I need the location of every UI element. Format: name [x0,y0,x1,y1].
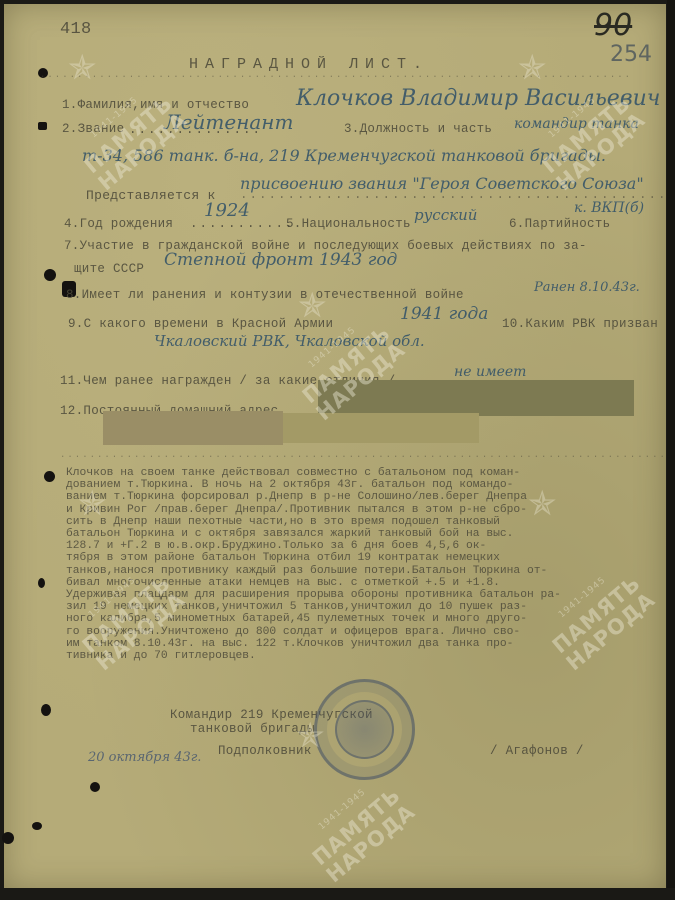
citation-line: го вооружения.Уничтожено до 800 солдат и… [66,626,666,638]
watermark-star-icon: ✯ [528,484,557,524]
award-sheet: 418 90 254 НАГРАДНОЙ ЛИСТ. .............… [4,4,666,889]
archive-number: 418 [60,20,92,39]
redaction-block [283,413,479,443]
signature-date: 20 октября 43г. [88,750,201,765]
citation-line: 128.7 и +Г.2 в ю.в.окр.Бруджино.Только з… [66,540,666,552]
seal-emblem [335,700,394,759]
watermark: 1941-1945 ПАМЯТЬ НАРОДА [294,767,419,887]
watermark-star-icon: ✯ [298,286,327,326]
official-seal [314,679,415,780]
field-value-birth-year: 1924 [204,200,250,221]
punch-hole [38,578,45,588]
watermark-star-icon: ✯ [518,48,547,88]
punch-hole [32,822,42,830]
watermark-star-icon: ✯ [68,48,97,88]
citation-line: ванием т.Тюркина форсировал р.Днепр в р-… [66,491,666,503]
field-label-party: 6.Партийность [509,217,610,231]
punch-hole [44,269,56,281]
field-value-name: Клочков Владимир Васильевич [296,86,660,111]
field-value-rank: Лейтенант [164,110,293,134]
field-label-combat-participation-cont: щите СССР [74,262,144,276]
citation-line: тября в этом районе батальон Тюркина отб… [66,552,666,564]
field-value-draft-office: Чкаловский РВК, Чкаловской обл. [154,332,425,350]
citation-line: танков,нанося противнику каждый раз боль… [66,565,666,577]
citation-line: ного калибра,5 минометных батарей,45 пул… [66,613,666,625]
field-label-wounds: 8.Имеет ли ранения и контузии в отечеств… [66,288,464,302]
redaction-block [103,411,283,445]
punch-hole [41,704,51,716]
field-label-position: 3.Должность и часть [344,122,492,136]
citation-line: и Кривин Рог /прав.берег Днепра/.Противн… [66,504,666,516]
punch-hole [44,471,55,482]
nomination-label: Представляется к [86,188,216,203]
field-value-position-cont: т-34, 586 танк. б-на, 219 Кременчугской … [82,146,606,165]
field-value-wounds: Ранен 8.10.43г. [534,280,640,295]
citation-line: тивника и до 70 гитлеровцев. [66,650,666,662]
page-number: 254 [610,42,652,67]
punch-hole [90,782,100,792]
punch-hole [38,122,47,130]
field-label-birth-year: 4.Год рождения [64,217,173,231]
field-value-service-since: 1941 года [400,304,488,324]
citation-line: сить в Днепр наши пехотные части,но в эт… [66,516,666,528]
citation-line: бивал многочисленные атаки немцев на выс… [66,577,666,589]
field-label-service-since: 9.С какого времени в Красной Армии [68,317,333,331]
field-value-party: к. ВКП(б) [574,200,644,216]
field-label-nationality: 5.Национальность [286,217,411,231]
citation-line: Клочков на своем танке действовал совмес… [66,467,666,479]
citation-line: батальон Тюркина и с октября завязался ж… [66,528,666,540]
field-value-position: командир танка [514,116,639,132]
citation-line: дованием т.Тюркина. В ночь на 2 октября … [66,479,666,491]
citation-line: Удерживая плацдарм для расширения прорыв… [66,589,666,601]
citation-text: Клочков на своем танке действовал совмес… [66,467,666,662]
citation-line: зил 19 немецких танков,уничтожил 5 танко… [66,601,666,613]
watermark-star-icon: ✯ [296,716,325,756]
dotted-rule: ........................................… [60,450,675,460]
field-value-prior-awards: не имеет [454,364,526,380]
citation-line: им танком 8.10.43г. на выс. 122 т.Клочко… [66,638,666,650]
redaction-block [318,380,634,416]
punch-hole [2,832,14,844]
scan-border [667,0,675,900]
page-number-crossed: 90 [594,8,632,43]
signature-name: / Агафонов / [490,744,584,758]
field-value-combat-participation: Степной фронт 1943 год [164,250,397,270]
scan-border [0,888,675,900]
field-label-rank: 2.Звание [62,122,124,136]
field-value-nationality: русский [414,206,477,224]
field-label-draft-office: 10.Каким РВК призван [502,317,658,331]
watermark-star-icon: ✯ [78,484,107,524]
